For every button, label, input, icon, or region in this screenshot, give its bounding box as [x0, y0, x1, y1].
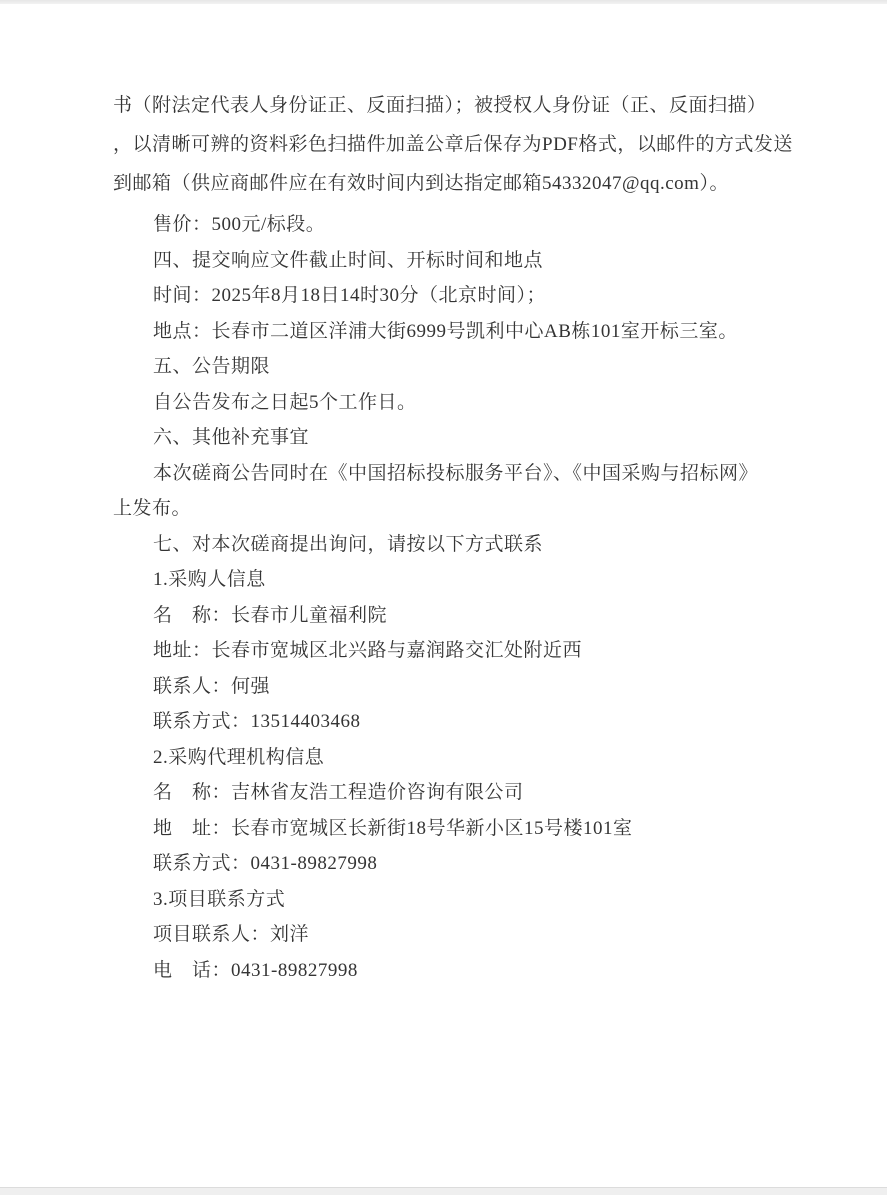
doc-line: 本次磋商公告同时在《中国招标投标服务平台》、《中国采购与招标网》	[153, 456, 867, 492]
doc-line: ，以清晰可辨的资料彩色扫描件加盖公章后保存为PDF格式，以邮件的方式发送	[113, 125, 867, 164]
doc-line: 1.采购人信息	[153, 562, 867, 598]
doc-line: 书（附法定代表人身份证正、反面扫描）；被授权人身份证（正、反面扫描）	[113, 86, 867, 125]
doc-line: 3.项目联系方式	[153, 882, 867, 918]
doc-line: 联系人：何强	[153, 669, 867, 705]
doc-line: 售价：500元/标段。	[153, 207, 867, 243]
page-bottom-edge	[0, 1187, 887, 1195]
doc-line: 地址：长春市宽城区北兴路与嘉润路交汇处附近西	[153, 633, 867, 669]
doc-line: 到邮箱（供应商邮件应在有效时间内到达指定邮箱54332047@qq.com）。	[113, 164, 867, 203]
doc-line: 2.采购代理机构信息	[153, 740, 867, 776]
doc-line: 名 称：长春市儿童福利院	[153, 598, 867, 634]
doc-line: 时间：2025年8月18日14时30分（北京时间）；	[153, 278, 867, 314]
doc-line: 五、公告期限	[153, 349, 867, 385]
document-content: 书（附法定代表人身份证正、反面扫描）；被授权人身份证（正、反面扫描），以清晰可辨…	[0, 4, 887, 988]
doc-line: 名 称：吉林省友浩工程造价咨询有限公司	[153, 775, 867, 811]
doc-line: 地点：长春市二道区洋浦大街6999号凯利中心AB栋101室开标三室。	[153, 314, 867, 350]
document-page: 书（附法定代表人身份证正、反面扫描）；被授权人身份证（正、反面扫描），以清晰可辨…	[0, 0, 887, 1195]
doc-line: 自公告发布之日起5个工作日。	[153, 385, 867, 421]
doc-line: 电 话：0431-89827998	[153, 953, 867, 989]
doc-line: 项目联系人：刘洋	[153, 917, 867, 953]
doc-line: 上发布。	[113, 491, 867, 527]
doc-line: 七、对本次磋商提出询问，请按以下方式联系	[153, 527, 867, 563]
doc-line: 地 址：长春市宽城区长新街18号华新小区15号楼101室	[153, 811, 867, 847]
doc-line: 六、其他补充事宜	[153, 420, 867, 456]
doc-line: 四、提交响应文件截止时间、开标时间和地点	[153, 243, 867, 279]
doc-line: 联系方式：13514403468	[153, 704, 867, 740]
doc-line: 联系方式：0431-89827998	[153, 846, 867, 882]
